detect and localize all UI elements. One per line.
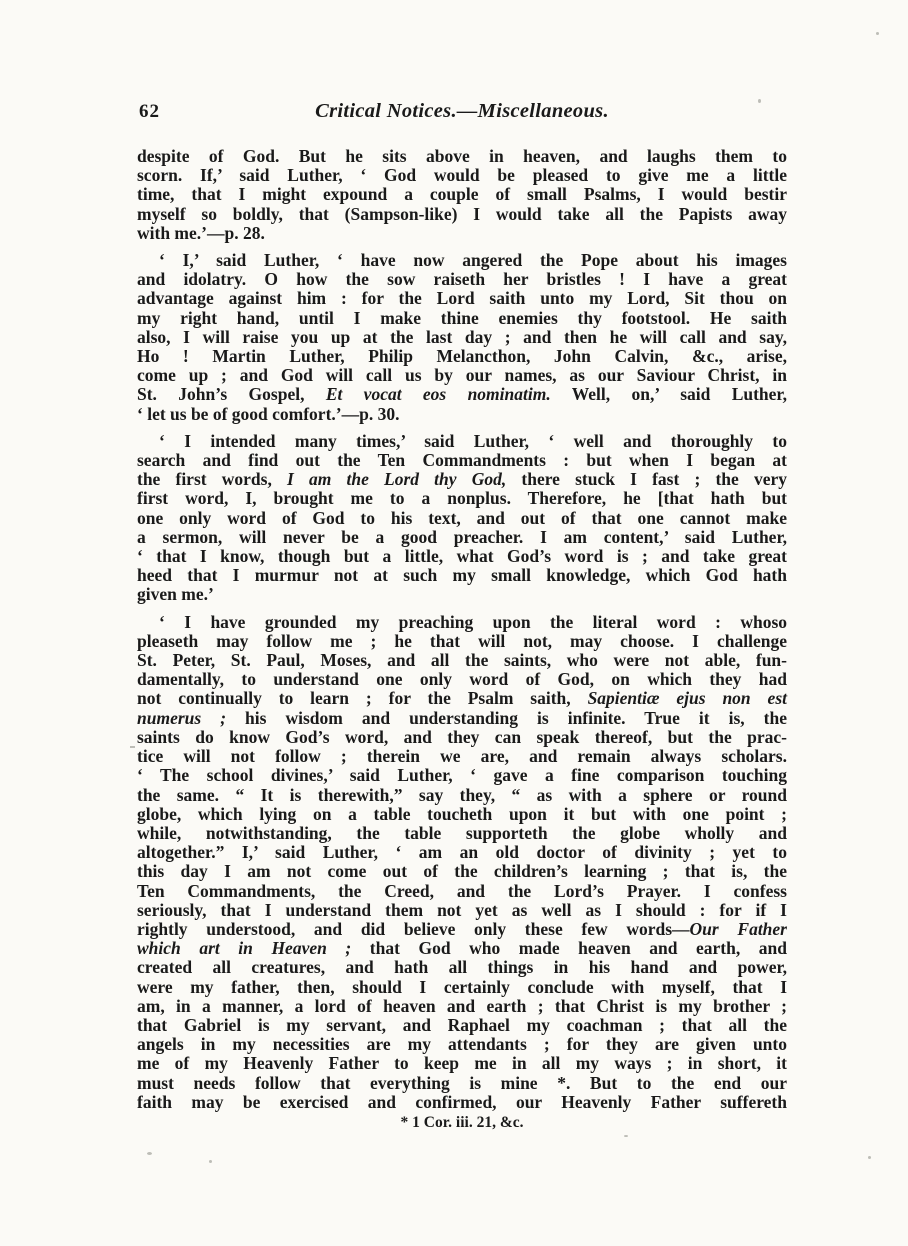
text-segment: Ten Commandments, the Creed, and the Lor…	[137, 881, 787, 901]
text-segment: this day I am not come out of the childr…	[137, 861, 787, 881]
text-line: numerus ; his wisdom and understanding i…	[137, 709, 787, 728]
text-line: not continually to learn ; for the Psalm…	[137, 689, 787, 708]
paragraph-2: ‘ I,’ said Luther, ‘ have now angered th…	[137, 251, 787, 424]
text-line: am, in a manner, a lord of heaven and ea…	[137, 997, 787, 1016]
text-line: Ho ! Martin Luther, Philip Melancthon, J…	[137, 347, 787, 366]
italic-text-segment: Our Father	[690, 919, 787, 939]
text-line: faith may be exercised and confirmed, ou…	[137, 1093, 787, 1112]
text-line: rightly understood, and did believe only…	[137, 920, 787, 939]
scanned-book-page: { "colors": { "ink": "#1a1a1a", "paper":…	[0, 0, 908, 1246]
text-segment: faith may be exercised and confirmed, ou…	[137, 1092, 787, 1112]
text-line: St. Peter, St. Paul, Moses, and all the …	[137, 651, 787, 670]
text-segment: that Gabriel is my servant, and Raphael …	[137, 1015, 787, 1035]
scan-speck	[209, 1160, 212, 1163]
text-segment: damentally, to understand one only word …	[137, 669, 787, 689]
paragraph-1: despite of God. But he sits above in hea…	[137, 147, 787, 243]
text-segment: advantage against him : for the Lord sai…	[137, 288, 787, 308]
text-segment: St. John’s Gospel,	[137, 384, 326, 404]
text-line: this day I am not come out of the childr…	[137, 862, 787, 881]
paragraph-4: ‘ I have grounded my preaching upon the …	[137, 613, 787, 1112]
text-segment: St. Peter, St. Paul, Moses, and all the …	[137, 650, 787, 670]
text-segment: the first words,	[137, 469, 287, 489]
text-line: search and find out the Ten Commandments…	[137, 451, 787, 470]
italic-text-segment: I am the Lord thy God,	[287, 469, 506, 489]
body-text: despite of God. But he sits above in hea…	[137, 147, 787, 1112]
text-segment: one only word of God to his text, and ou…	[137, 508, 787, 528]
text-segment: given me.’	[137, 584, 214, 604]
text-segment: altogether.” I,’ said Luther, ‘ am an ol…	[137, 842, 787, 862]
text-segment: and idolatry. O how the sow raiseth her …	[137, 269, 787, 289]
text-line: tice will not follow ; therein we are, a…	[137, 747, 787, 766]
page-number: 62	[139, 101, 160, 123]
text-line: while, notwithstanding, the table suppor…	[137, 824, 787, 843]
text-line: St. John’s Gospel, Et vocat eos nominati…	[137, 385, 787, 404]
text-line: and idolatry. O how the sow raiseth her …	[137, 270, 787, 289]
footnote: * 1 Cor. iii. 21, &c.	[137, 1114, 787, 1132]
text-segment: with me.’—p. 28.	[137, 223, 265, 243]
scan-speck	[624, 1135, 628, 1137]
text-line: created all creatures, and hath all thin…	[137, 958, 787, 977]
text-line: ‘ that I know, though but a little, what…	[137, 547, 787, 566]
text-line: one only word of God to his text, and ou…	[137, 509, 787, 528]
text-line: globe, which lying on a table toucheth u…	[137, 805, 787, 824]
text-line: ‘ I have grounded my preaching upon the …	[137, 613, 787, 632]
text-line: despite of God. But he sits above in hea…	[137, 147, 787, 166]
scan-speck	[130, 746, 135, 748]
text-segment: seriously, that I understand them not ye…	[137, 900, 787, 920]
text-line: ‘ let us be of good comfort.’—p. 30.	[137, 405, 787, 424]
text-line: first word, I, brought me to a nonplus. …	[137, 489, 787, 508]
text-segment: despite of God. But he sits above in hea…	[137, 146, 787, 166]
text-line: a sermon, will never be a good preacher.…	[137, 528, 787, 547]
text-line: must needs follow that everything is min…	[137, 1074, 787, 1093]
text-line: ‘ I,’ said Luther, ‘ have now angered th…	[137, 251, 787, 270]
text-segment: first word, I, brought me to a nonplus. …	[137, 488, 787, 508]
text-segment: tice will not follow ; therein we are, a…	[137, 746, 787, 766]
text-line: myself so boldly, that (Sampson-like) I …	[137, 205, 787, 224]
text-segment: ‘ I,’ said Luther, ‘ have now angered th…	[159, 250, 787, 270]
text-segment: that God who made heaven and earth, and	[351, 938, 787, 958]
text-segment: ‘ that I know, though but a little, what…	[137, 546, 787, 566]
text-segment: myself so boldly, that (Sampson-like) I …	[137, 204, 787, 224]
text-line: my right hand, until I make thine enemie…	[137, 309, 787, 328]
text-segment: search and find out the Ten Commandments…	[137, 450, 787, 470]
italic-text-segment: Sapientiæ ejus non est	[588, 688, 787, 708]
page-header: 62 Critical Notices.—Miscellaneous.	[137, 100, 787, 126]
running-title: Critical Notices.—Miscellaneous.	[137, 100, 787, 123]
text-line: were my father, then, should I certainly…	[137, 978, 787, 997]
text-segment: come up ; and God will call us by our na…	[137, 365, 787, 385]
paragraph-3: ‘ I intended many times,’ said Luther, ‘…	[137, 432, 787, 605]
text-line: ‘ The school divines,’ said Luther, ‘ ga…	[137, 766, 787, 785]
text-segment: ‘ I have grounded my preaching upon the …	[159, 612, 787, 632]
text-line: time, that I might expound a couple of s…	[137, 185, 787, 204]
text-segment: also, I will raise you up at the last da…	[137, 327, 787, 347]
text-segment: Ho ! Martin Luther, Philip Melancthon, J…	[137, 346, 787, 366]
scan-speck	[758, 99, 761, 103]
text-line: Ten Commandments, the Creed, and the Lor…	[137, 882, 787, 901]
text-segment: time, that I might expound a couple of s…	[137, 184, 787, 204]
text-line: heed that I murmur not at such my small …	[137, 566, 787, 585]
text-line: that Gabriel is my servant, and Raphael …	[137, 1016, 787, 1035]
text-line: damentally, to understand one only word …	[137, 670, 787, 689]
text-segment: must needs follow that everything is min…	[137, 1073, 787, 1093]
text-line: angels in my necessities are my attendan…	[137, 1035, 787, 1054]
text-segment: scorn. If,’ said Luther, ‘ God would be …	[137, 165, 787, 185]
text-segment: saints do know God’s word, and they can …	[137, 727, 787, 747]
text-segment: while, notwithstanding, the table suppor…	[137, 823, 787, 843]
text-segment: not continually to learn ; for the Psalm…	[137, 688, 588, 708]
text-line: with me.’—p. 28.	[137, 224, 787, 243]
text-segment: the same. “ It is therewith,” say they, …	[137, 785, 787, 805]
text-segment: globe, which lying on a table toucheth u…	[137, 804, 787, 824]
italic-text-segment: which art in Heaven ;	[137, 938, 351, 958]
text-line: seriously, that I understand them not ye…	[137, 901, 787, 920]
text-line: me of my Heavenly Father to keep me in a…	[137, 1054, 787, 1073]
text-segment: ‘ let us be of good comfort.’—p. 30.	[137, 404, 399, 424]
text-line: ‘ I intended many times,’ said Luther, ‘…	[137, 432, 787, 451]
text-segment: his wisdom and understanding is infinite…	[226, 708, 787, 728]
text-line: scorn. If,’ said Luther, ‘ God would be …	[137, 166, 787, 185]
italic-text-segment: Et vocat eos nominatim.	[326, 384, 551, 404]
text-line: come up ; and God will call us by our na…	[137, 366, 787, 385]
scan-speck	[868, 1156, 871, 1159]
text-segment: a sermon, will never be a good preacher.…	[137, 527, 787, 547]
text-segment: angels in my necessities are my attendan…	[137, 1034, 787, 1054]
text-line: given me.’	[137, 585, 787, 604]
text-segment: were my father, then, should I certainly…	[137, 977, 787, 997]
text-line: saints do know God’s word, and they can …	[137, 728, 787, 747]
text-line: which art in Heaven ; that God who made …	[137, 939, 787, 958]
text-segment: rightly understood, and did believe only…	[137, 919, 690, 939]
text-segment: Well, on,’ said Luther,	[551, 384, 787, 404]
text-line: altogether.” I,’ said Luther, ‘ am an ol…	[137, 843, 787, 862]
text-segment: my right hand, until I make thine enemie…	[137, 308, 787, 328]
italic-text-segment: numerus ;	[137, 708, 226, 728]
text-line: also, I will raise you up at the last da…	[137, 328, 787, 347]
text-line: the same. “ It is therewith,” say they, …	[137, 786, 787, 805]
text-segment: pleaseth may follow me ; he that will no…	[137, 631, 787, 651]
text-line: pleaseth may follow me ; he that will no…	[137, 632, 787, 651]
scan-speck	[876, 32, 879, 35]
text-segment: am, in a manner, a lord of heaven and ea…	[137, 996, 787, 1016]
scan-speck	[147, 1152, 152, 1155]
text-segment: heed that I murmur not at such my small …	[137, 565, 787, 585]
text-segment: ‘ The school divines,’ said Luther, ‘ ga…	[137, 765, 787, 785]
text-segment: there stuck I fast ; the very	[506, 469, 787, 489]
text-segment: ‘ I intended many times,’ said Luther, ‘…	[159, 431, 787, 451]
text-line: the first words, I am the Lord thy God, …	[137, 470, 787, 489]
text-segment: me of my Heavenly Father to keep me in a…	[137, 1053, 787, 1073]
text-line: advantage against him : for the Lord sai…	[137, 289, 787, 308]
page-content: 62 Critical Notices.—Miscellaneous. desp…	[137, 100, 787, 1112]
text-segment: created all creatures, and hath all thin…	[137, 957, 787, 977]
